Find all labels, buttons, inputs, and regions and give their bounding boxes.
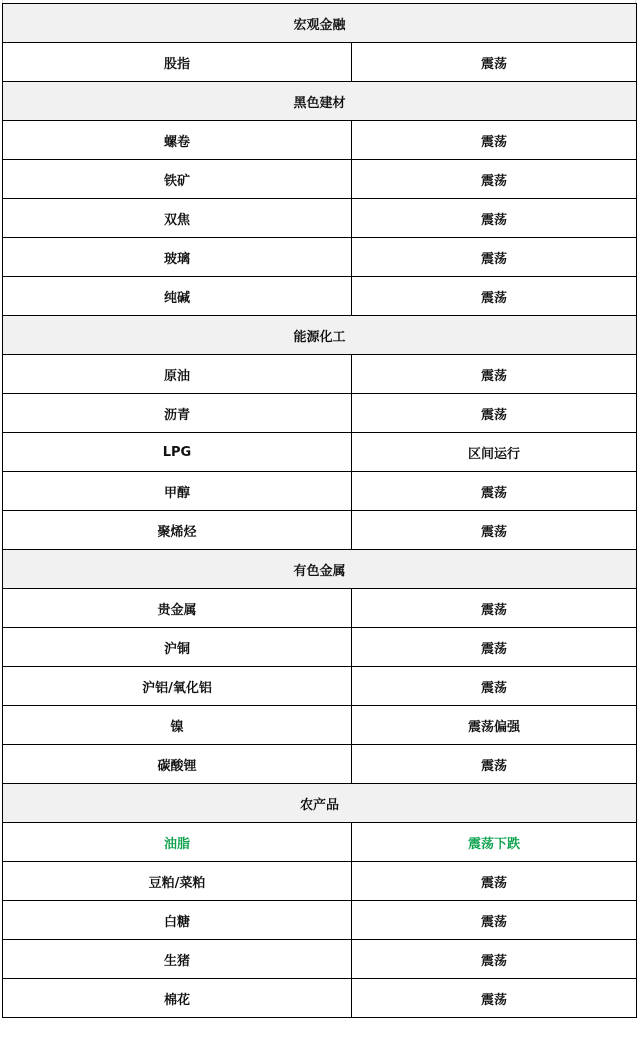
commodity-name: 原油 — [3, 355, 352, 394]
market-view: 震荡 — [352, 355, 637, 394]
section-title: 有色金属 — [3, 550, 637, 589]
table-row: 镍 震荡偏强 — [3, 706, 637, 745]
table-row: 沥青 震荡 — [3, 394, 637, 433]
commodity-name: 甲醇 — [3, 472, 352, 511]
commodity-name: 聚烯烃 — [3, 511, 352, 550]
section-header-row: 有色金属 — [3, 550, 637, 589]
commodity-name: 沥青 — [3, 394, 352, 433]
market-view: 震荡 — [352, 394, 637, 433]
table-row: 碳酸锂 震荡 — [3, 745, 637, 784]
market-view: 震荡 — [352, 121, 637, 160]
commodity-name: 双焦 — [3, 199, 352, 238]
market-view: 震荡 — [352, 628, 637, 667]
market-view: 震荡 — [352, 43, 637, 82]
market-view: 震荡 — [352, 667, 637, 706]
table-row: 双焦 震荡 — [3, 199, 637, 238]
commodity-name: 纯碱 — [3, 277, 352, 316]
market-view: 震荡 — [352, 862, 637, 901]
commodity-name: 股指 — [3, 43, 352, 82]
table-row: 生猪 震荡 — [3, 940, 637, 979]
table-row: 铁矿 震荡 — [3, 160, 637, 199]
market-view: 震荡 — [352, 901, 637, 940]
commodity-name: 棉花 — [3, 979, 352, 1018]
market-view: 震荡 — [352, 160, 637, 199]
section-title: 能源化工 — [3, 316, 637, 355]
table-row: 聚烯烃 震荡 — [3, 511, 637, 550]
commodity-name: 油脂 — [3, 823, 352, 862]
commodity-name: 沪铜 — [3, 628, 352, 667]
market-view: 震荡 — [352, 589, 637, 628]
market-view: 区间运行 — [352, 433, 637, 472]
commodity-name: 螺卷 — [3, 121, 352, 160]
market-view: 震荡偏强 — [352, 706, 637, 745]
market-view: 震荡下跌 — [352, 823, 637, 862]
market-view: 震荡 — [352, 238, 637, 277]
table-row: 纯碱 震荡 — [3, 277, 637, 316]
table-row: 原油 震荡 — [3, 355, 637, 394]
commodity-name: 贵金属 — [3, 589, 352, 628]
table-row: 贵金属 震荡 — [3, 589, 637, 628]
table-row: 棉花 震荡 — [3, 979, 637, 1018]
commodity-name: 碳酸锂 — [3, 745, 352, 784]
market-view: 震荡 — [352, 199, 637, 238]
market-view: 震荡 — [352, 745, 637, 784]
table-row: 豆粕/菜粕 震荡 — [3, 862, 637, 901]
market-view: 震荡 — [352, 979, 637, 1018]
section-title: 农产品 — [3, 784, 637, 823]
market-view: 震荡 — [352, 940, 637, 979]
section-header-row: 黑色建材 — [3, 82, 637, 121]
commodity-name: 玻璃 — [3, 238, 352, 277]
market-view: 震荡 — [352, 472, 637, 511]
commodity-name: 白糖 — [3, 901, 352, 940]
section-header-row: 农产品 — [3, 784, 637, 823]
table-row: 甲醇 震荡 — [3, 472, 637, 511]
table-row: LPG 区间运行 — [3, 433, 637, 472]
commodity-outlook-table: 宏观金融 股指 震荡 黑色建材 螺卷 震荡 铁矿 震荡 双焦 震荡 玻璃 震荡 … — [2, 3, 637, 1018]
table-row: 白糖 震荡 — [3, 901, 637, 940]
table-row: 股指 震荡 — [3, 43, 637, 82]
table-row: 沪铝/氧化铝 震荡 — [3, 667, 637, 706]
table-row: 螺卷 震荡 — [3, 121, 637, 160]
market-view: 震荡 — [352, 277, 637, 316]
table-row: 玻璃 震荡 — [3, 238, 637, 277]
section-title: 黑色建材 — [3, 82, 637, 121]
market-view: 震荡 — [352, 511, 637, 550]
commodity-name: 生猪 — [3, 940, 352, 979]
commodity-name: 镍 — [3, 706, 352, 745]
commodity-name: LPG — [3, 433, 352, 472]
commodity-name: 豆粕/菜粕 — [3, 862, 352, 901]
section-header-row: 能源化工 — [3, 316, 637, 355]
commodity-name: 铁矿 — [3, 160, 352, 199]
table-row: 沪铜 震荡 — [3, 628, 637, 667]
section-header-row: 宏观金融 — [3, 4, 637, 43]
section-title: 宏观金融 — [3, 4, 637, 43]
commodity-name: 沪铝/氧化铝 — [3, 667, 352, 706]
table-row-highlighted: 油脂 震荡下跌 — [3, 823, 637, 862]
